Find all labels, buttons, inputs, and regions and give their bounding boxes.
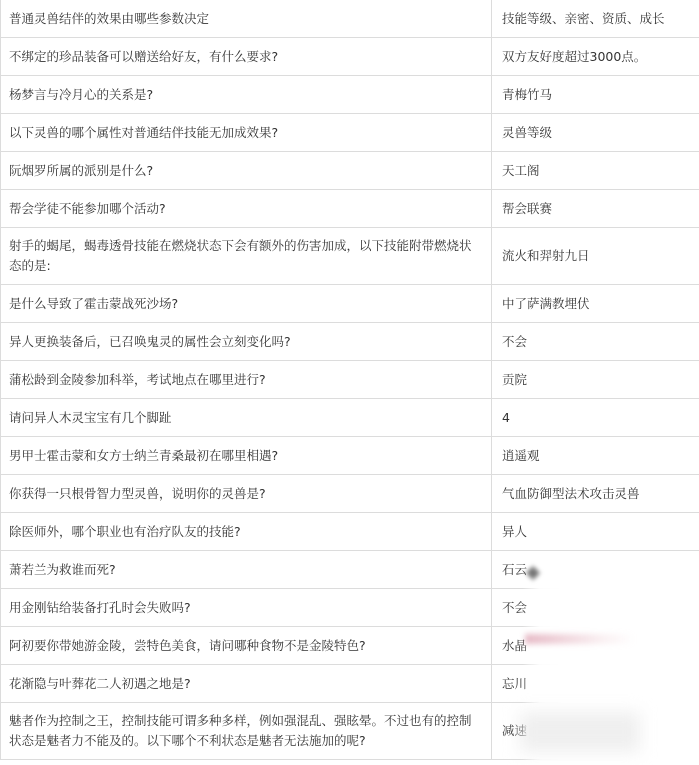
answer-cell: 帮会联赛	[492, 190, 699, 228]
table-row: 除医师外，哪个职业也有治疗队友的技能?异人	[1, 513, 699, 551]
table-row: 花渐隐与叶葬花二人初遇之地是?忘川	[1, 665, 699, 703]
answer-cell: 不会	[492, 323, 699, 361]
table-row: 射手的蝎尾，蝎毒透骨技能在燃烧状态下会有额外的伤害加成，以下技能附带燃烧状态的是…	[1, 228, 699, 285]
table-row: 阮烟罗所属的派别是什么?天工阁	[1, 152, 699, 190]
answer-cell: 贡院	[492, 361, 699, 399]
answer-cell: 不会	[492, 589, 699, 627]
question-cell: 用金刚钻给装备打孔时会失败吗?	[1, 589, 492, 627]
table-row: 是什么导致了霍击蒙战死沙场?中了萨满教埋伏	[1, 285, 699, 323]
table-row: 杨梦言与冷月心的关系是?青梅竹马	[1, 76, 699, 114]
table-row: 帮会学徒不能参加哪个活动?帮会联赛	[1, 190, 699, 228]
question-cell: 阿初要你带她游金陵，尝特色美食，请问哪种食物不是金陵特色?	[1, 627, 492, 665]
question-cell: 异人更换装备后，已召唤鬼灵的属性会立刻变化吗?	[1, 323, 492, 361]
answer-cell: 忘川	[492, 665, 699, 703]
answer-cell: 水晶	[492, 627, 699, 665]
question-cell: 萧若兰为救谁而死?	[1, 551, 492, 589]
question-cell: 阮烟罗所属的派别是什么?	[1, 152, 492, 190]
question-cell: 你获得一只根骨智力型灵兽，说明你的灵兽是?	[1, 475, 492, 513]
question-cell: 除医师外，哪个职业也有治疗队友的技能?	[1, 513, 492, 551]
table-row: 普通灵兽结伴的效果由哪些参数决定技能等级、亲密、资质、成长	[1, 0, 699, 38]
table-row: 请问异人木灵宝宝有几个脚趾4	[1, 399, 699, 437]
question-cell: 不绑定的珍品装备可以赠送给好友，有什么要求?	[1, 38, 492, 76]
question-cell: 杨梦言与冷月心的关系是?	[1, 76, 492, 114]
question-cell: 帮会学徒不能参加哪个活动?	[1, 190, 492, 228]
table-row: 阿初要你带她游金陵，尝特色美食，请问哪种食物不是金陵特色?水晶	[1, 627, 699, 665]
answer-cell: 4	[492, 399, 699, 437]
answer-cell: 石云	[492, 551, 699, 589]
answer-cell: 中了萨满教埋伏	[492, 285, 699, 323]
question-cell: 普通灵兽结伴的效果由哪些参数决定	[1, 0, 492, 38]
answer-cell: 天工阁	[492, 152, 699, 190]
table-row: 异人更换装备后，已召唤鬼灵的属性会立刻变化吗?不会	[1, 323, 699, 361]
qa-table: 普通灵兽结伴的效果由哪些参数决定技能等级、亲密、资质、成长 不绑定的珍品装备可以…	[0, 0, 699, 760]
question-cell: 蒲松龄到金陵参加科举，考试地点在哪里进行?	[1, 361, 492, 399]
table-row: 蒲松龄到金陵参加科举，考试地点在哪里进行?贡院	[1, 361, 699, 399]
question-cell: 男甲士霍击蒙和女方士纳兰青桑最初在哪里相遇?	[1, 437, 492, 475]
answer-cell: 青梅竹马	[492, 76, 699, 114]
answer-cell: 双方友好度超过3000点。	[492, 38, 699, 76]
answer-cell: 减速	[492, 703, 699, 760]
table-row: 男甲士霍击蒙和女方士纳兰青桑最初在哪里相遇?逍遥观	[1, 437, 699, 475]
answer-cell: 气血防御型法术攻击灵兽	[492, 475, 699, 513]
question-cell: 请问异人木灵宝宝有几个脚趾	[1, 399, 492, 437]
question-cell: 花渐隐与叶葬花二人初遇之地是?	[1, 665, 492, 703]
table-row: 魅者作为控制之王，控制技能可谓多种多样，例如强混乱、强眩晕。不过也有的控制状态是…	[1, 703, 699, 760]
table-row: 不绑定的珍品装备可以赠送给好友，有什么要求?双方友好度超过3000点。	[1, 38, 699, 76]
table-row: 以下灵兽的哪个属性对普通结伴技能无加成效果?灵兽等级	[1, 114, 699, 152]
table-row: 用金刚钻给装备打孔时会失败吗?不会	[1, 589, 699, 627]
answer-cell: 流火和羿射九日	[492, 228, 699, 285]
question-cell: 射手的蝎尾，蝎毒透骨技能在燃烧状态下会有额外的伤害加成，以下技能附带燃烧状态的是…	[1, 228, 492, 285]
answer-cell: 灵兽等级	[492, 114, 699, 152]
answer-cell: 异人	[492, 513, 699, 551]
question-cell: 是什么导致了霍击蒙战死沙场?	[1, 285, 492, 323]
answer-cell: 逍遥观	[492, 437, 699, 475]
answer-cell: 技能等级、亲密、资质、成长	[492, 0, 699, 38]
question-cell: 魅者作为控制之王，控制技能可谓多种多样，例如强混乱、强眩晕。不过也有的控制状态是…	[1, 703, 492, 760]
question-cell: 以下灵兽的哪个属性对普通结伴技能无加成效果?	[1, 114, 492, 152]
table-row: 你获得一只根骨智力型灵兽，说明你的灵兽是?气血防御型法术攻击灵兽	[1, 475, 699, 513]
table-row: 萧若兰为救谁而死?石云	[1, 551, 699, 589]
